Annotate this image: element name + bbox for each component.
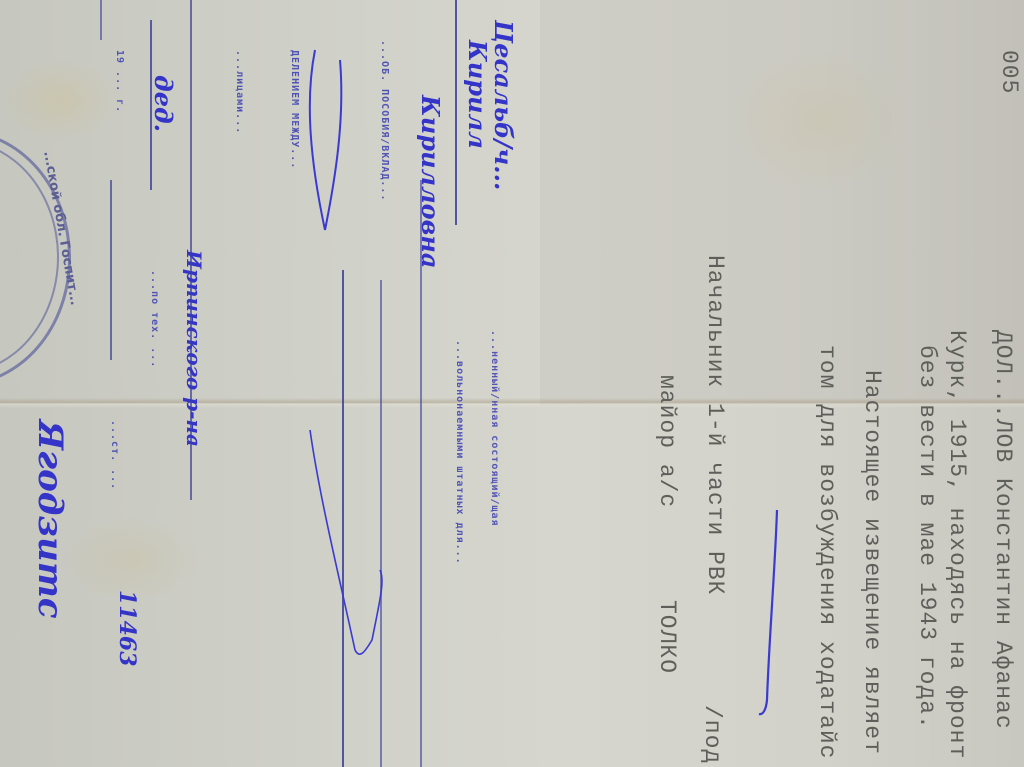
form-line-5: ...лицами...	[234, 50, 245, 134]
handwritten-name-line: Цесальб/ч...	[489, 20, 518, 190]
signatory-name: ТОЛКО	[654, 600, 680, 674]
handwritten-short: дед.	[149, 75, 178, 132]
form-line-2: ...вольнонаемными штатных для...	[454, 340, 465, 565]
typed-line-1: ДОЛ...ЛОВ Константин Афанас	[990, 330, 1016, 730]
form-line-1: ...ненный/нная состоящий/щая	[489, 330, 500, 527]
rule-line	[110, 180, 112, 360]
strikeout-mark	[300, 420, 390, 670]
strikeout-mark	[295, 40, 355, 260]
signature-stroke	[755, 510, 785, 720]
handwritten-signature: Ягодзитс	[30, 420, 70, 619]
rule-line	[190, 0, 192, 500]
typed-line-2: Курк, 1915, находясь на фронт	[944, 330, 970, 759]
signatory-title: Начальник 1-й части РВК	[702, 255, 728, 595]
signatory-rank: майор а/с	[654, 375, 680, 508]
typed-line-3: без вести в мае 1943 года.	[914, 345, 940, 730]
rule-line	[100, 0, 102, 40]
handwritten-given-name: Кирилл	[463, 40, 492, 149]
rule-line	[420, 180, 422, 767]
rule-line	[455, 0, 457, 225]
form-line-6: ...по тех. ...	[149, 270, 160, 368]
rule-line	[150, 20, 152, 190]
form-line-7: 19 ... г.	[114, 50, 125, 113]
corner-number: 005	[996, 50, 1022, 94]
typed-line-5: том для возбуждения ходатайс	[814, 345, 840, 759]
handwritten-region: Ирпинского р-на	[182, 250, 206, 447]
form-line-3: ...ОБ. ПОСОБИЯ/ВКЛАД...	[379, 40, 390, 201]
signatory-slash: /под	[699, 705, 725, 764]
form-line-8: ...ст. ...	[109, 420, 120, 490]
typed-line-4: Настоящее извещение являет	[859, 370, 885, 755]
handwritten-number: 11463	[114, 590, 140, 667]
